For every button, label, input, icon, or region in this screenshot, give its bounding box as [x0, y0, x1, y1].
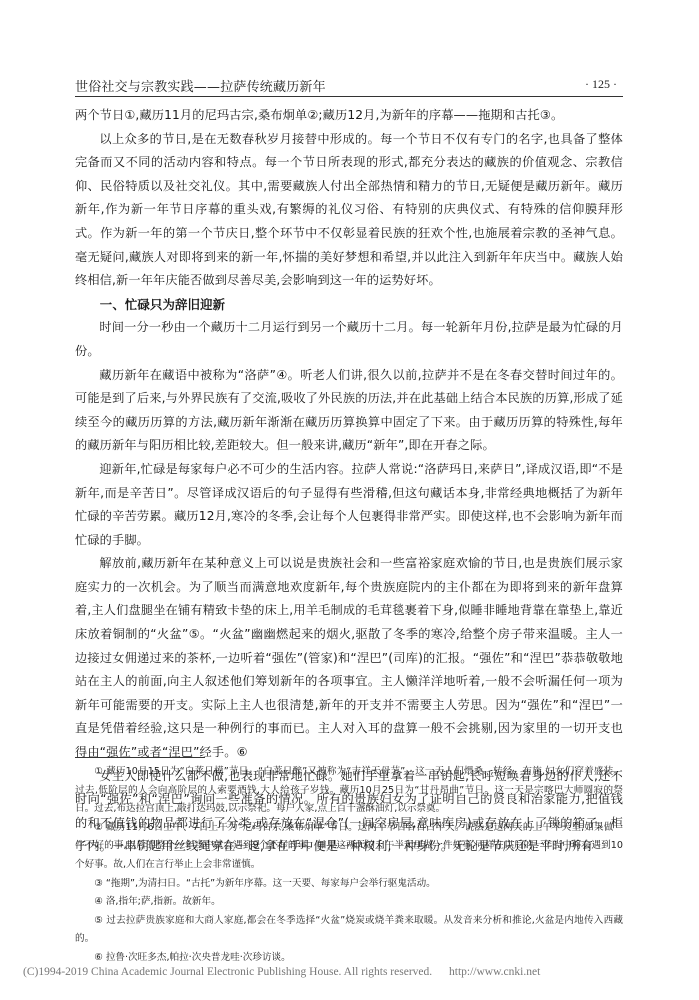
copyright-text: (C)1994-2019 China Academic Journal Elec…	[23, 966, 432, 978]
body-paragraph: 以上众多的节日,是在无数春秋岁月接替中形成的。每一个节日不仅有专门的名字,也具备…	[75, 128, 623, 293]
footnote: ④ 洛,指年;萨,指新。故新年。	[75, 893, 623, 912]
running-header: 世俗社交与宗教实践——拉萨传统藏历新年 · 125 ·	[75, 74, 623, 97]
footnote: ② 藏历11月6日上午、7日上午为“尼玛古宗,桑布炯单”节日。这两个节日各自占半…	[75, 819, 623, 875]
footnote: ⑥ 拉鲁·次旺多杰,帕拉·次央普龙哇·次珍访谈。	[75, 949, 623, 968]
section-heading: 一、忙碌只为辞旧迎新	[75, 293, 623, 317]
body-paragraph: 两个节日①,藏历11月的尼玛古宗,桑布炯单②;藏历12月,为新年的序幕——拖期和…	[75, 104, 623, 128]
main-body: 两个节日①,藏历11月的尼玛古宗,桑布炯单②;藏历12月,为新年的序幕——拖期和…	[75, 104, 623, 859]
copyright-footer: (C)1994-2019 China Academic Journal Elec…	[23, 966, 683, 978]
body-paragraph: 时间一分一秒由一个藏历十二月运行到另一个藏历十二月。每一轮新年月份,拉萨是最为忙…	[75, 316, 623, 363]
body-paragraph: 藏历新年在藏语中被称为“洛萨”④。听老人们讲,很久以前,拉萨并不是在冬春交替时间…	[75, 364, 623, 458]
document-page: 世俗社交与宗教实践——拉萨传统藏历新年 · 125 · 两个节日①,藏历11月的…	[0, 0, 699, 1000]
running-title: 世俗社交与宗教实践——拉萨传统藏历新年	[75, 76, 326, 95]
page-number: · 125 ·	[585, 77, 617, 92]
footnote: ① 藏历10月15日为“白莱日模”节日。“白莱日醉”又被称为“吉祥天母节”。这一…	[75, 763, 623, 819]
footnote-divider	[75, 757, 205, 758]
body-paragraph: 迎新年,忙碌是每家每户必不可少的生活内容。拉萨人常说:“洛萨玛日,来萨日”,译成…	[75, 458, 623, 552]
cnki-link[interactable]: http://www.cnki.net	[449, 966, 540, 978]
body-paragraph: 解放前,藏历新年在某种意义上可以说是贵族社会和一些富裕家庭欢愉的节日,也是贵族们…	[75, 552, 623, 764]
footnotes: ① 藏历10月15日为“白莱日模”节日。“白莱日醉”又被称为“吉祥天母节”。这一…	[75, 763, 623, 968]
footnote: ③ “拖期”,为清扫日。“古托”为新年序幕。这一天要、每家每户会举行驱鬼活动。	[75, 875, 623, 894]
footnote: ⑤ 过去拉萨贵族家庭和大商人家庭,都会在冬季选择“火盆”烧炭或烧羊粪来取暖。从发…	[75, 912, 623, 949]
